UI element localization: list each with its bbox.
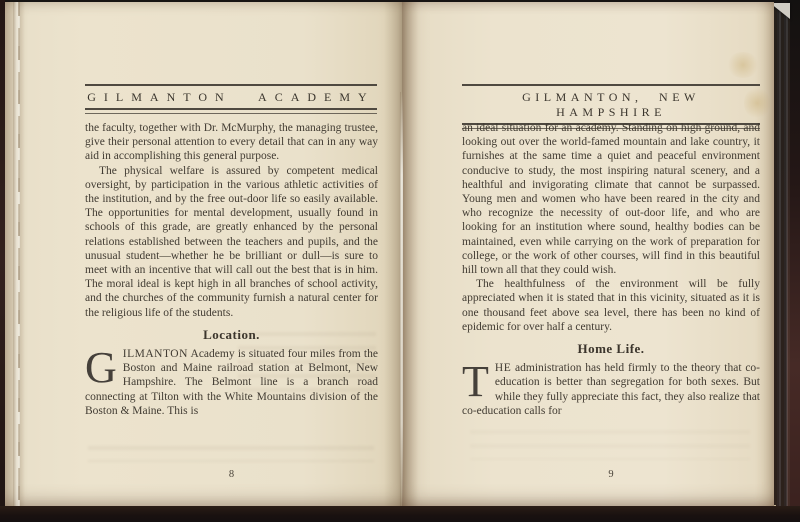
bottom-shadow	[0, 506, 800, 522]
paragraph: The healthfulness of the environment wil…	[462, 277, 760, 334]
running-head-title: GILMANTON, NEW HAMPSHIRE	[462, 86, 760, 123]
book-scan: GILMANTON ACADEMY GILMANTON, NEW HAMPSHI…	[0, 0, 800, 522]
drop-cap-word: HE	[495, 362, 511, 374]
drop-cap-word: ILMANTON	[123, 348, 188, 360]
page-number-right: 9	[462, 469, 760, 480]
right-page-text: an ideal situation for an academy. Stand…	[462, 121, 760, 418]
page-number-left: 8	[85, 469, 378, 480]
section-heading: Home Life.	[462, 342, 760, 356]
running-head-left: GILMANTON ACADEMY	[85, 84, 377, 114]
paragraph: an ideal situation for an academy. Stand…	[462, 121, 760, 277]
left-page-text: the faculty, together with Dr. McMurphy,…	[85, 121, 378, 418]
paragraph-with-dropcap: GILMANTON Academy is situated four miles…	[85, 347, 378, 418]
drop-cap-letter: T	[462, 361, 495, 400]
paragraph: the faculty, together with Dr. McMurphy,…	[85, 121, 378, 164]
head-rule-bottom	[85, 108, 377, 114]
drop-cap-letter: G	[85, 347, 123, 386]
paragraph-with-dropcap: THE administration has held firmly to th…	[462, 361, 760, 418]
section-heading: Location.	[85, 328, 378, 342]
deckle-edge	[13, 2, 25, 506]
page-stack-edge	[772, 3, 790, 508]
center-crease	[400, 92, 403, 506]
paragraph: The physical welfare is assured by compe…	[85, 164, 378, 320]
running-head-title: GILMANTON ACADEMY	[85, 86, 377, 108]
